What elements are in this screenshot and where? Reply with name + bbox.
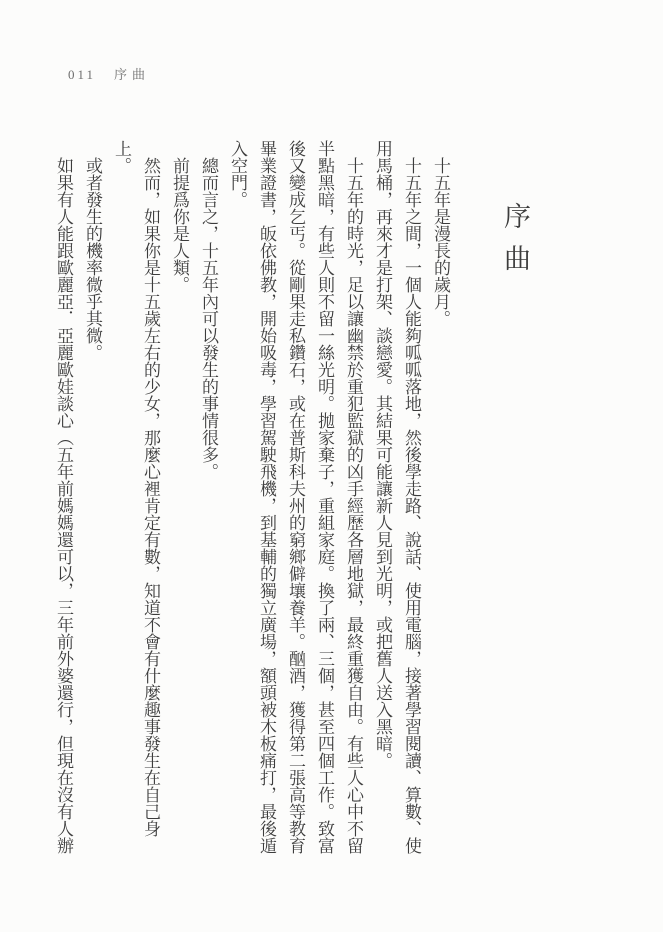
running-header-title: 序曲 <box>114 67 150 82</box>
paragraph-8: 如果有人能跟歐麗亞．亞麗歐娃談心（五年前媽媽還可以，三年前外婆還行，但現在沒有人… <box>49 140 78 854</box>
book-page: 011序曲 序曲 十五年是漫長的歲月。 十五年之間，一個人能夠呱呱落地，然後學走… <box>0 0 663 932</box>
paragraph-1: 十五年是漫長的歲月。 <box>426 140 455 854</box>
page-number: 011 <box>68 67 96 82</box>
paragraph-6: 然而，如果你是十五歲左右的少女，那麼心裡肯定有數，知道不會有什麼趣事發生在自己身… <box>107 140 165 854</box>
paragraph-2: 十五年之間，一個人能夠呱呱落地，然後學走路、說話、使用電腦，接著學習閱讀、算數、… <box>368 140 426 854</box>
paragraph-3: 十五年的時光，足以讓幽禁於重犯監獄的凶手經歷各層地獄，最終重獲自由。有些人心中不… <box>223 140 368 854</box>
chapter-title: 序曲 <box>496 202 535 286</box>
body-text: 十五年是漫長的歲月。 十五年之間，一個人能夠呱呱落地，然後學走路、說話、使用電腦… <box>49 140 455 854</box>
page-header: 011序曲 <box>68 64 150 83</box>
paragraph-7: 或者發生的機率微乎其微。 <box>78 140 107 854</box>
paragraph-4: 總而言之，十五年內可以發生的事情很多。 <box>194 140 223 854</box>
paragraph-5: 前提爲你是人類。 <box>165 140 194 854</box>
